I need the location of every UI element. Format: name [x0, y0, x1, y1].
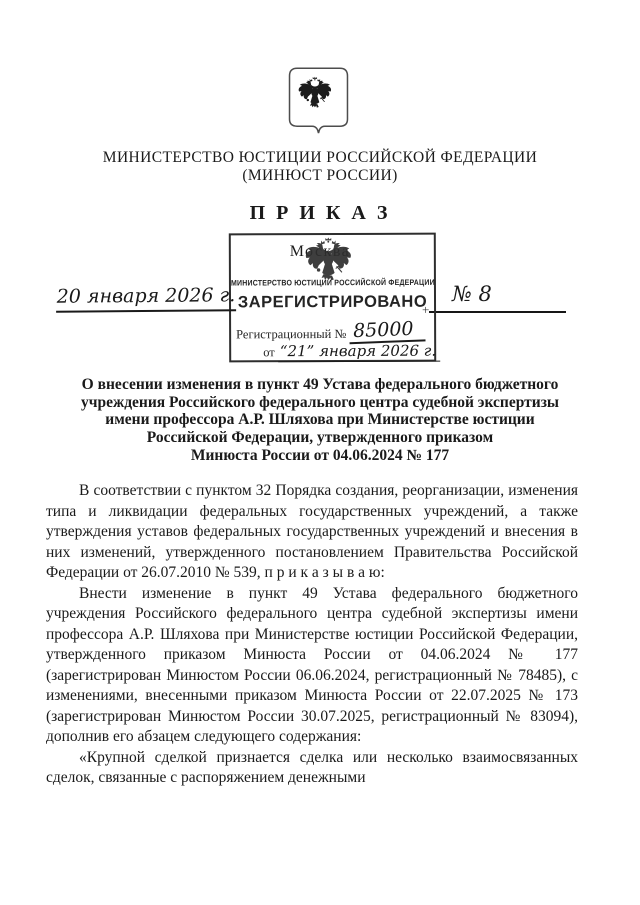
ministry-name: МИНИСТЕРСТВО ЮСТИЦИИ РОССИЙСКОЙ ФЕДЕРАЦИ…	[0, 149, 640, 167]
stamp-eagle-icon	[302, 237, 355, 284]
order-body: В соответствии с пунктом 32 Порядка созд…	[46, 481, 578, 789]
handwritten-order-number: № 8	[452, 282, 492, 306]
paragraph-legal-basis: В соответствии с пунктом 32 Порядка созд…	[46, 481, 578, 584]
coat-of-arms-emblem	[287, 62, 350, 140]
registration-stamp: МИНИСТЕРСТВО ЮСТИЦИИ РОССИЙСКОЙ ФЕДЕРАЦИ…	[229, 233, 436, 363]
paragraph-quoted-provision: «Крупной сделкой признается сделка или н…	[46, 748, 578, 789]
document-page: МИНИСТЕРСТВО ЮСТИЦИИ РОССИЙСКОЙ ФЕДЕРАЦИ…	[0, 0, 640, 905]
order-title: О внесении изменения в пункт 49 Устава ф…	[46, 376, 594, 465]
handwritten-date: 20 января 2026 г.	[56, 284, 236, 313]
stamp-reg-label: Регистрационный №	[236, 327, 346, 341]
document-type-label: П Р И К А З	[0, 202, 640, 225]
ministry-short-name: (МИНЮСТ РОССИИ)	[0, 167, 640, 185]
order-number-line	[429, 311, 566, 313]
paragraph-amendment: Внести изменение в пункт 49 Устава федер…	[46, 584, 578, 748]
stamp-date-prefix: от	[263, 345, 275, 359]
stamp-date-handwritten: “21” января 2026 г.	[278, 342, 440, 363]
stamp-ministry-label: МИНИСТЕРСТВО ЮСТИЦИИ РОССИЙСКОЙ ФЕДЕРАЦИ…	[231, 279, 434, 288]
stamp-registered-label: ЗАРЕГИСТРИРОВАНО	[231, 293, 434, 313]
stamp-date-row: от “21” января 2026 г.	[263, 342, 440, 363]
ministry-header: МИНИСТЕРСТВО ЮСТИЦИИ РОССИЙСКОЙ ФЕДЕРАЦИ…	[0, 149, 640, 184]
stamp-reg-number-handwritten: 85000	[349, 317, 426, 344]
double-headed-eagle-icon	[287, 62, 350, 140]
